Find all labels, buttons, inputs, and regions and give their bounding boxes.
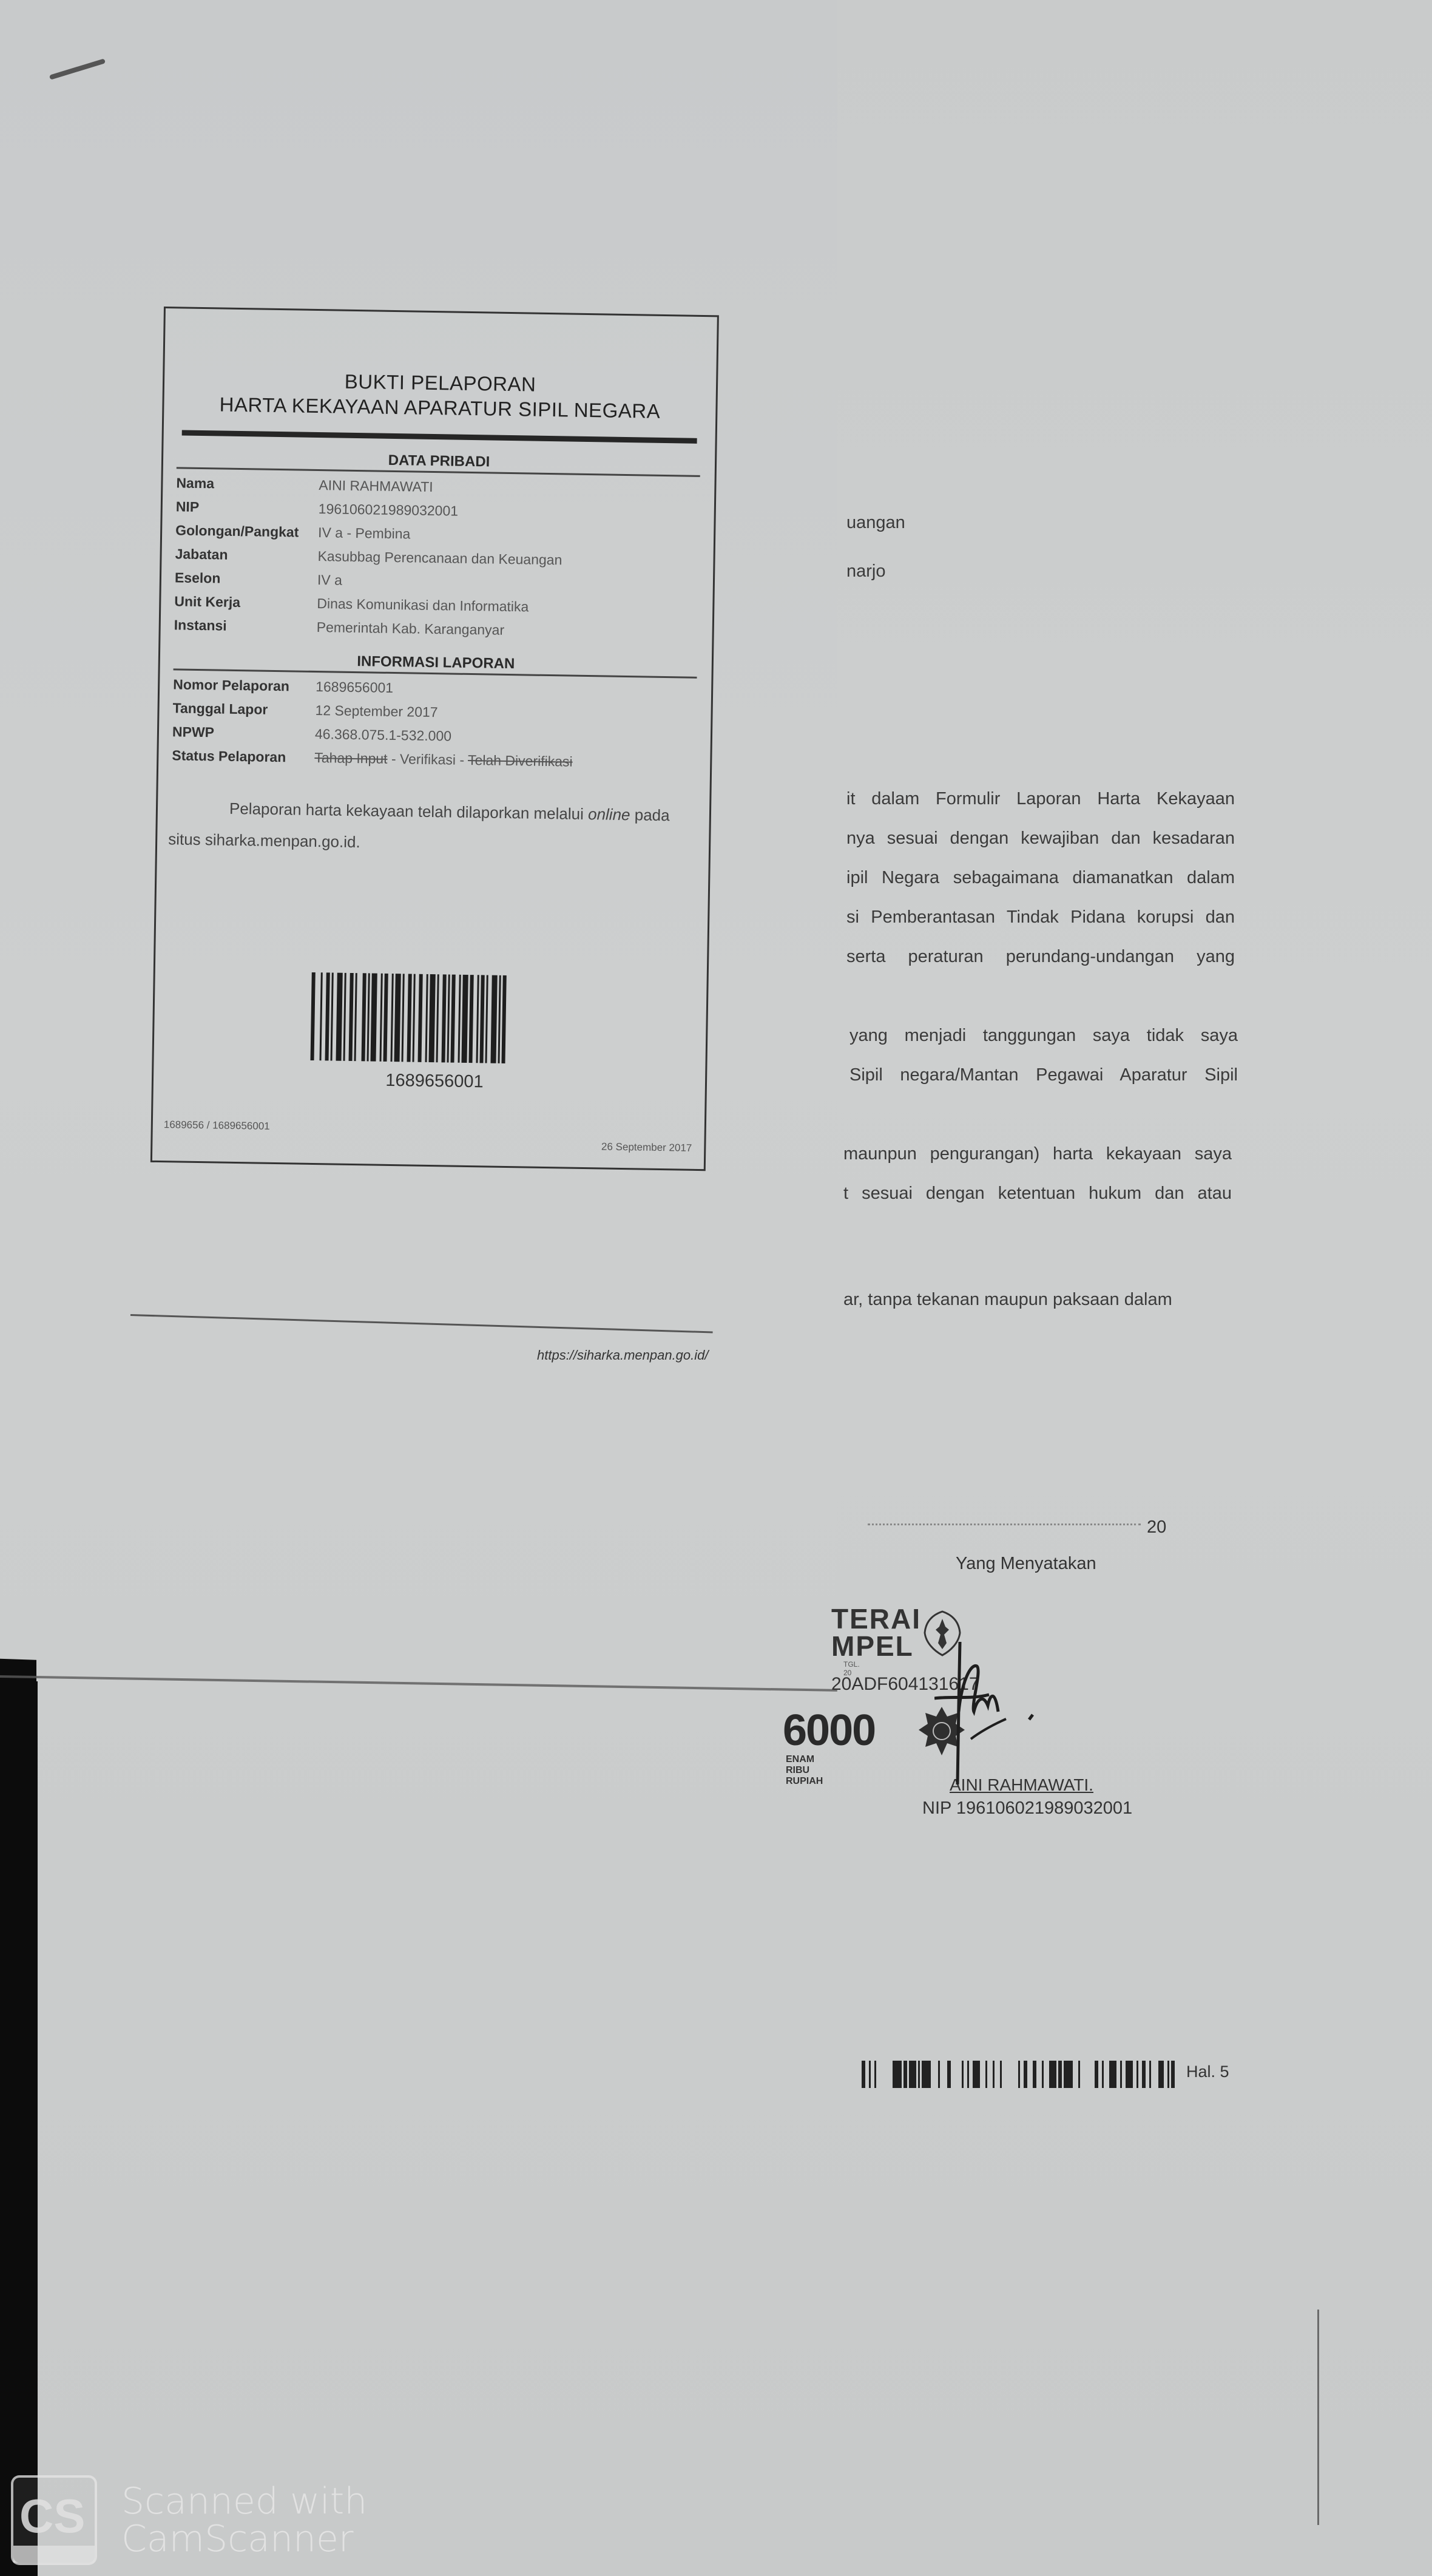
receipt-barcode — [311, 972, 561, 1064]
status-step-verification: Verifikasi — [400, 751, 456, 767]
status-steps: Tahap Input - Verifikasi - Telah Diverif… — [314, 745, 573, 773]
date-year: 20 — [1147, 1517, 1166, 1537]
report-receipt: BUKTI PELAPORAN HARTA KEKAYAAN APARATUR … — [150, 307, 719, 1171]
barcode-number: 1689656001 — [310, 1069, 559, 1093]
receipt-title: BUKTI PELAPORAN HARTA KEKAYAAN APARATUR … — [164, 366, 716, 425]
paragraph-line: Sipil negara/Mantan Pegawai Aparatur Sip… — [849, 1065, 1238, 1085]
paragraph-line: it dalam Formulir Laporan Harta Kekayaan — [846, 789, 1235, 809]
background-edge — [0, 1681, 38, 2576]
stamp-amount-words: ENAM RIBU RUPIAH — [786, 1754, 823, 1787]
title-divider — [182, 430, 697, 443]
site-url[interactable]: https://siharka.menpan.go.id/ — [537, 1347, 709, 1363]
date-dotted-line — [868, 1524, 1141, 1525]
declarant-label: Yang Menyatakan — [956, 1554, 1096, 1574]
stamp-amount: 6000 — [783, 1706, 875, 1755]
header-fragment: narjo — [846, 561, 886, 581]
personal-data-list: NamaAINI RAHMAWATI NIP196106021989032001… — [160, 471, 714, 645]
personal-heading: DATA PRIBADI — [163, 449, 715, 474]
report-info-list: Nomor Pelaporan1689656001 Tanggal Lapor1… — [158, 672, 711, 775]
signer-nip: NIP 196106021989032001 — [922, 1798, 1132, 1818]
camscanner-logo-icon: CS — [11, 2475, 97, 2565]
page-barcode — [862, 2061, 1175, 2088]
paragraph-line: t sesuai dengan ketentuan hukum dan atau — [843, 1184, 1232, 1204]
header-fragment: uangan — [846, 513, 905, 533]
page-number: Hal. 5 — [1186, 2062, 1229, 2081]
handwritten-signature — [934, 1633, 1092, 1791]
receipt-print-date: 26 September 2017 — [601, 1141, 692, 1154]
paragraph-line: nya sesuai dengan kewajiban dan kesadara… — [846, 829, 1235, 849]
paragraph-line: ar, tanpa tekanan maupun paksaan dalam — [843, 1290, 1172, 1310]
receipt-note: Pelaporan harta kekayaan telah dilaporka… — [168, 791, 695, 863]
status-step-input: Tahap Input — [314, 749, 388, 766]
paragraph-line: ipil Negara sebagaimana diamanatkan dala… — [846, 868, 1235, 888]
paragraph-line: maunpun pengurangan) harta kekayaan saya — [843, 1144, 1232, 1164]
receipt-reference: 1689656 / 1689656001 — [164, 1119, 270, 1133]
report-heading: INFORMASI LAPORAN — [160, 649, 712, 675]
paragraph-line: serta peraturan perundang-undangan yang — [846, 947, 1235, 967]
paragraph-line: si Pemberantasan Tindak Pidana korupsi d… — [846, 907, 1235, 927]
margin-line — [1317, 2310, 1319, 2525]
paragraph-line: yang menjadi tanggungan saya tidak saya — [849, 1026, 1238, 1046]
camscanner-watermark: CS Scanned with CamScanner — [11, 2475, 367, 2565]
status-step-verified: Telah Diverifikasi — [468, 751, 573, 769]
